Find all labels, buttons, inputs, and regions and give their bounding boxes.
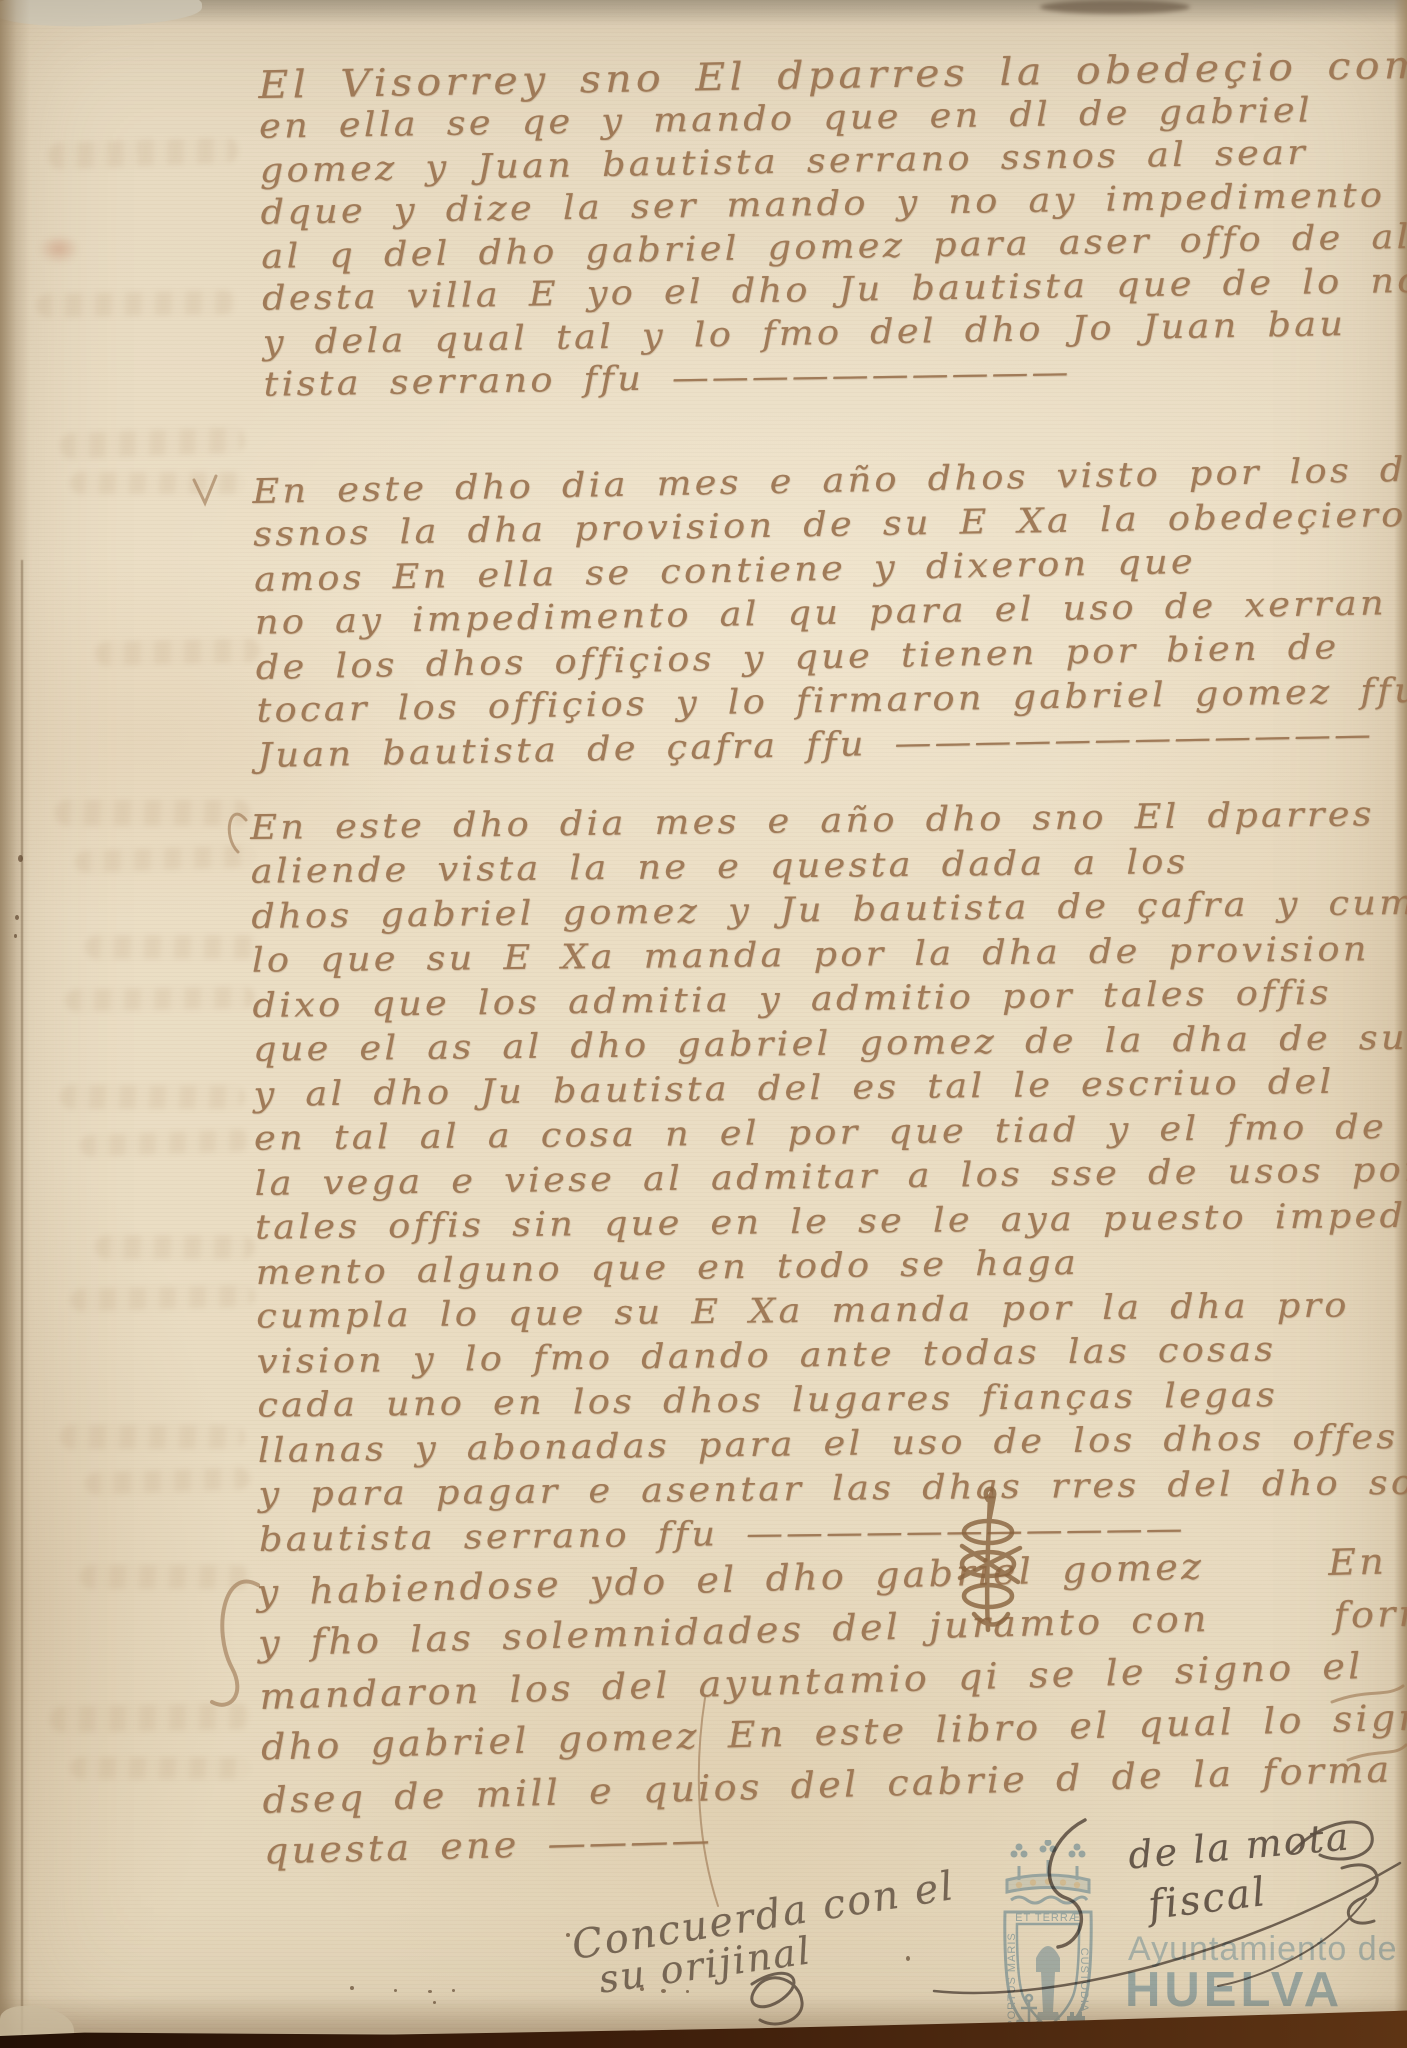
page-edge-top (0, 0, 1407, 30)
ink-speck (428, 1990, 432, 1993)
bleedthrough-line (95, 1235, 255, 1259)
bleedthrough-line (48, 137, 239, 170)
ink-speck (350, 1986, 354, 1990)
shield-motto-top: ET TERRÆ (1015, 1912, 1081, 1924)
ink-speck (661, 1989, 666, 1993)
ink-speck (14, 934, 17, 938)
ink-speck (566, 1933, 570, 1937)
paper-stain (38, 234, 80, 264)
ink-speck (452, 1989, 455, 1992)
manuscript-page: El Visorrey sno El dparres la obedeçio c… (0, 0, 1407, 2048)
bleedthrough-line (80, 1129, 251, 1157)
bleedthrough-line (36, 290, 236, 317)
bleedthrough-line (95, 638, 261, 666)
manuscript-paragraph-2: En este dho dia mes e año dhos visto por… (252, 446, 1407, 778)
ink-speck (686, 1990, 689, 1993)
page-edge-left (0, 0, 30, 2048)
bleedthrough-line (80, 1565, 250, 1589)
notarial-sign-icon (938, 1482, 1038, 1642)
bleedthrough-line (55, 800, 250, 826)
bleedthrough-line (60, 1425, 245, 1449)
bleedthrough-line (60, 1085, 245, 1109)
ink-speck (394, 1989, 397, 1992)
manuscript-paragraph-1: El Visorrey sno El dparres la obedeçio c… (258, 42, 1407, 408)
edge-smudge-top-right (1040, 0, 1190, 14)
bleedthrough-line (75, 845, 256, 873)
paper-fold-line (21, 560, 23, 2048)
bleedthrough-line (70, 1285, 256, 1312)
bleedthrough-line (70, 1757, 250, 1779)
ink-speck (18, 855, 23, 862)
ink-speck (640, 1987, 644, 1991)
bleedthrough-line (50, 1703, 250, 1732)
bleedthrough-line (85, 1467, 251, 1495)
bleedthrough-line (85, 935, 260, 959)
bleedthrough-line (65, 986, 255, 1011)
bleedthrough-line (60, 427, 246, 459)
ink-speck (906, 1956, 910, 1961)
ink-speck (15, 915, 19, 920)
bleedthrough-line (70, 472, 245, 494)
manuscript-paragraph-3: En este dho dia mes e año dho sno El dpa… (250, 790, 1407, 1563)
